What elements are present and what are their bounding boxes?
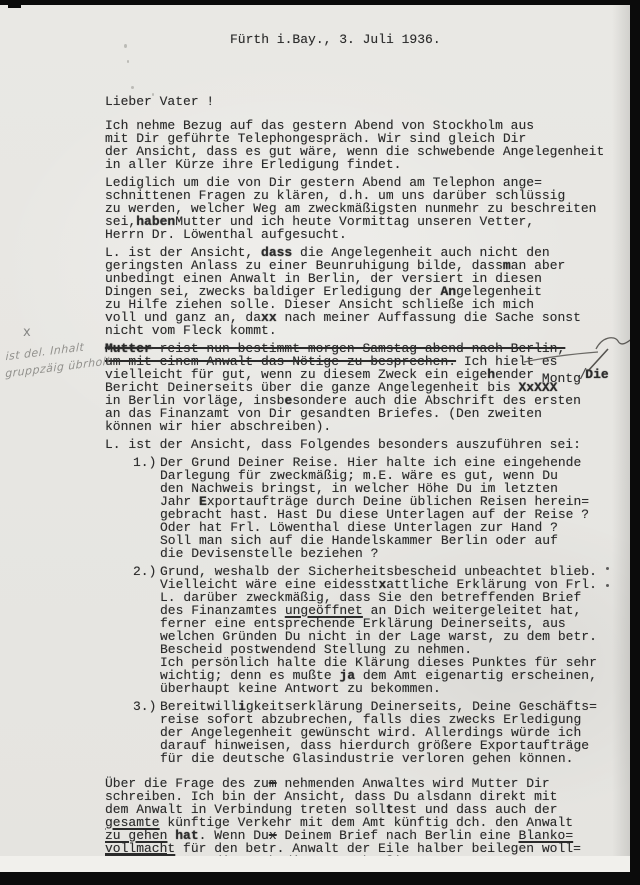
scan-edge-shadow bbox=[612, 0, 630, 885]
salutation: Lieber Vater ! bbox=[105, 95, 625, 108]
list-item-3-text: Bereitwilligkeitserklärung Deinerseits, … bbox=[160, 700, 625, 765]
scan-bottom-band bbox=[0, 856, 640, 872]
letter-date: Fürth i.Bay., 3. Juli 1936. bbox=[230, 33, 625, 46]
list-number-3: 3.) bbox=[133, 700, 156, 713]
list-item-1-text: Der Grund Deiner Reise. Hier halte ich e… bbox=[160, 456, 625, 560]
letter-scan-page: Fürth i.Bay., 3. Juli 1936. Lieber Vater… bbox=[0, 0, 640, 885]
list-item-2: 2.) Grund, weshalb der Sicherheitsbesche… bbox=[160, 565, 625, 695]
text-line: in aller Kürze ihre Erledigung findet. bbox=[105, 158, 625, 171]
stray-ink-dot bbox=[606, 584, 609, 587]
text-line: L. ist der Ansicht, dass Folgendes beson… bbox=[105, 438, 625, 451]
paragraph-list-lead: L. ist der Ansicht, dass Folgendes beson… bbox=[105, 438, 625, 451]
letter-body: Fürth i.Bay., 3. Juli 1936. Lieber Vater… bbox=[105, 33, 625, 868]
paragraph-intro: Ich nehme Bezug auf das gestern Abend vo… bbox=[105, 119, 625, 171]
list-number-1: 1.) bbox=[133, 456, 156, 469]
list-item-1: 1.) Der Grund Deiner Reise. Hier halte i… bbox=[160, 456, 625, 560]
pencil-mark bbox=[124, 44, 127, 48]
pencil-mark bbox=[127, 60, 129, 63]
paragraph-lawyer-opinion: L. ist der Ansicht, dass die Angelegenhe… bbox=[105, 246, 625, 337]
text-line: können wir hier abschreiben). bbox=[105, 420, 625, 433]
scan-edge-bottom bbox=[0, 872, 640, 885]
stray-ink-dot bbox=[606, 567, 609, 570]
scan-edge-right bbox=[630, 0, 640, 885]
list-number-2: 2.) bbox=[133, 565, 156, 578]
text-line: überhaupt keine Antwort zu bekommen. bbox=[160, 682, 625, 695]
text-line: die Devisenstelle beziehen ? bbox=[160, 547, 625, 560]
pencil-mark bbox=[131, 86, 134, 89]
text-line: für die deutsche Glasindustrie verloren … bbox=[160, 752, 625, 765]
paragraph-reason-for-visit: Lediglich um die von Dir gestern Abend a… bbox=[105, 176, 625, 241]
pencil-mark bbox=[152, 93, 154, 96]
scan-edge-notch bbox=[8, 4, 21, 8]
margin-x-mark: x bbox=[23, 326, 31, 339]
paragraph-closing: Über die Frage des zum nehmenden Anwalte… bbox=[105, 777, 625, 868]
list-item-2-text: Grund, weshalb der Sicherheitsbescheid u… bbox=[160, 565, 625, 695]
scan-edge-top bbox=[0, 0, 640, 5]
text-line: Herrn Dr. Löwenthal aufgesucht. bbox=[105, 228, 625, 241]
list-item-3: 3.) Bereitwilligkeitserklärung Deinersei… bbox=[160, 700, 625, 765]
